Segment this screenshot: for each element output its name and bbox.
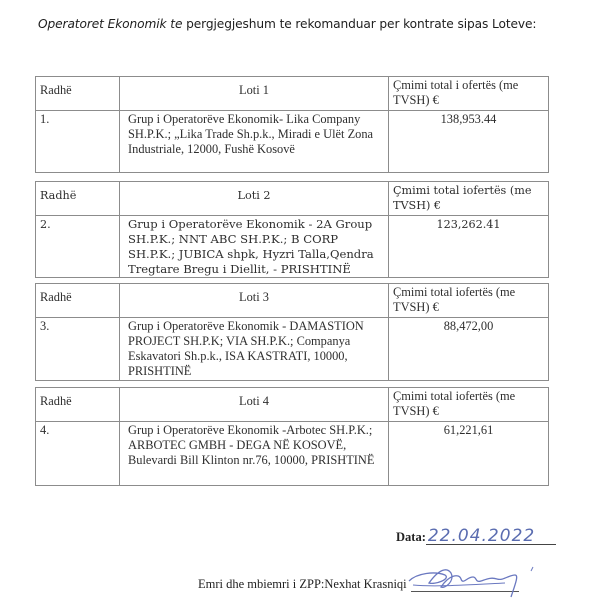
lot-table-3: Radhë Loti 3 Çmimi total iofertës (me TV… bbox=[35, 283, 549, 381]
table-header-row: Radhë Loti 3 Çmimi total iofertës (me TV… bbox=[36, 284, 549, 318]
lot-table-2: Radhë Loti 2 Çmimi total iofertës (me TV… bbox=[35, 181, 549, 278]
date-value-handwritten: 22.04.2022 bbox=[426, 528, 556, 545]
lot-table-1: Radhë Loti 1 Çmimi total i ofertës (me T… bbox=[35, 76, 549, 173]
table-row: 3. Grup i Operatorëve Ekonomik - DAMASTI… bbox=[36, 318, 549, 381]
date-label: Data: bbox=[396, 530, 426, 544]
col-rank-header: Radhë bbox=[36, 388, 120, 422]
heading-text: pergjegjeshum te rekomanduar per kontrat… bbox=[182, 17, 536, 31]
table-header-row: Radhë Loti 2 Çmimi total iofertës (me TV… bbox=[36, 182, 549, 216]
operator-cell: Grup i Operatorëve Ekonomik -Arbotec SH.… bbox=[120, 422, 389, 486]
lot-name-header: Loti 3 bbox=[120, 284, 389, 318]
price-cell: 88,472,00 bbox=[389, 318, 549, 381]
col-rank-header: Radhë bbox=[36, 284, 120, 318]
col-price-header: Çmimi total iofertës (me TVSH) € bbox=[389, 284, 549, 318]
col-rank-header: Radhë bbox=[36, 182, 120, 216]
rank-cell: 3. bbox=[36, 318, 120, 381]
rank-cell: 1. bbox=[36, 111, 120, 173]
heading-italic: Operatoret Ekonomik te bbox=[38, 17, 182, 31]
price-cell: 123,262.41 bbox=[389, 216, 549, 278]
table-header-row: Radhë Loti 4 Çmimi total iofertës (me TV… bbox=[36, 388, 549, 422]
col-price-header: Çmimi total i ofertës (me TVSH) € bbox=[389, 77, 549, 111]
col-rank-header: Radhë bbox=[36, 77, 120, 111]
signatory-field: Emri dhe mbiemri i ZPP:Nexhat Krasniqi bbox=[198, 575, 519, 592]
lot-name-header: Loti 4 bbox=[120, 388, 389, 422]
price-cell: 138,953.44 bbox=[389, 111, 549, 173]
operator-cell: Grup i Operatorëve Ekonomik - 2A Group S… bbox=[120, 216, 389, 278]
table-row: 1. Grup i Operatorëve Ekonomik- Lika Com… bbox=[36, 111, 549, 173]
rank-cell: 4. bbox=[36, 422, 120, 486]
price-cell: 61,221,61 bbox=[389, 422, 549, 486]
col-price-header: Çmimi total iofertës (me TVSH) € bbox=[389, 182, 549, 216]
col-price-header: Çmimi total iofertës (me TVSH) € bbox=[389, 388, 549, 422]
date-field: Data:22.04.2022 bbox=[396, 528, 556, 545]
signatory-label: Emri dhe mbiemri i ZPP:Nexhat Krasniqi bbox=[198, 577, 407, 591]
signature-icon bbox=[405, 563, 555, 599]
page-heading: Operatoret Ekonomik te pergjegjeshum te … bbox=[38, 17, 536, 31]
lot-name-header: Loti 2 bbox=[120, 182, 389, 216]
table-row: 4. Grup i Operatorëve Ekonomik -Arbotec … bbox=[36, 422, 549, 486]
lot-table-4: Radhë Loti 4 Çmimi total iofertës (me TV… bbox=[35, 387, 549, 486]
lot-name-header: Loti 1 bbox=[120, 77, 389, 111]
rank-cell: 2. bbox=[36, 216, 120, 278]
table-row: 2. Grup i Operatorëve Ekonomik - 2A Grou… bbox=[36, 216, 549, 278]
table-header-row: Radhë Loti 1 Çmimi total i ofertës (me T… bbox=[36, 77, 549, 111]
operator-cell: Grup i Operatorëve Ekonomik- Lika Compan… bbox=[120, 111, 389, 173]
operator-cell: Grup i Operatorëve Ekonomik - DAMASTION … bbox=[120, 318, 389, 381]
signature-line bbox=[411, 575, 519, 592]
